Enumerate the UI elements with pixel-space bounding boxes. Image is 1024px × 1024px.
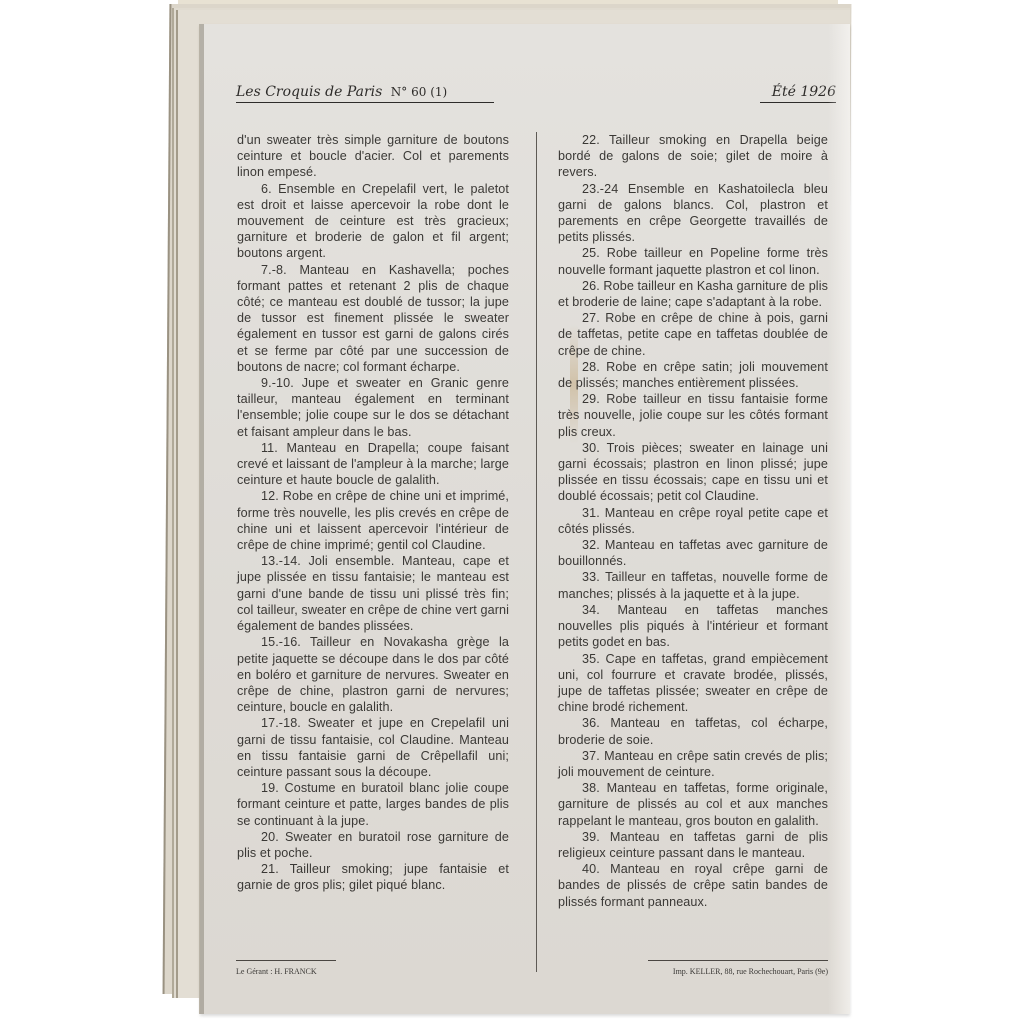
paragraph: 17.-18. Sweater et jupe en Crepelafil un…: [237, 715, 509, 780]
printer-credit: Imp. KELLER, 88, rue Rochechouart, Paris…: [648, 960, 828, 976]
paragraph: 13.-14. Joli ensemble. Manteau, cape et …: [237, 553, 509, 634]
publication-name: Les Croquis de Paris: [236, 84, 382, 100]
paragraph: 37. Manteau en crêpe satin crevés de pli…: [558, 748, 828, 780]
paragraph: 22. Tailleur smoking en Drapella beige b…: [558, 132, 828, 181]
magazine-page: Les Croquis de Paris N° 60 (1) Été 1926 …: [200, 24, 850, 1014]
paragraph: 32. Manteau en taffetas avec garniture d…: [558, 537, 828, 569]
paragraph: 36. Manteau en taffetas, col écharpe, br…: [558, 715, 828, 747]
paragraph: 28. Robe en crêpe satin; joli mouvement …: [558, 359, 828, 391]
publication-title: Les Croquis de Paris N° 60 (1): [236, 84, 494, 103]
paragraph: 38. Manteau en taffetas, forme originale…: [558, 780, 828, 829]
paragraph: 11. Manteau en Drapella; coupe faisant c…: [237, 440, 509, 489]
paragraph: d'un sweater très simple garniture de bo…: [237, 132, 509, 181]
right-text-column: 22. Tailleur smoking en Drapella beige b…: [558, 132, 828, 910]
issue-number: N° 60 (1): [391, 85, 447, 99]
paragraph: 35. Cape en taffetas, grand empiècement …: [558, 651, 828, 716]
running-header: Les Croquis de Paris N° 60 (1) Été 1926: [236, 84, 842, 108]
left-text-column: d'un sweater très simple garniture de bo…: [237, 132, 509, 894]
paragraph: 25. Robe tailleur en Popeline forme très…: [558, 245, 828, 277]
paragraph: 27. Robe en crêpe de chine à pois, garni…: [558, 310, 828, 359]
paragraph: 21. Tailleur smoking; jupe fantaisie et …: [237, 861, 509, 893]
paragraph: 6. Ensemble en Crepelafil vert, le palet…: [237, 181, 509, 262]
paragraph: 7.-8. Manteau en Kashavella; poches form…: [237, 262, 509, 375]
paragraph: 40. Manteau en royal crêpe garni de band…: [558, 861, 828, 910]
paragraph: 26. Robe tailleur en Kasha garniture de …: [558, 278, 828, 310]
manager-credit: Le Gérant : H. FRANCK: [236, 960, 336, 976]
paragraph: 23.-24 Ensemble en Kashatoilecla bleu ga…: [558, 181, 828, 246]
column-divider: [536, 132, 537, 972]
paragraph: 19. Costume en buratoil blanc jolie coup…: [237, 780, 509, 829]
paragraph: 34. Manteau en taffetas manches nouvelle…: [558, 602, 828, 651]
paragraph: 31. Manteau en crêpe royal petite cape e…: [558, 505, 828, 537]
paragraph: 30. Trois pièces; sweater en lainage uni…: [558, 440, 828, 505]
paragraph: 12. Robe en crêpe de chine uni et imprim…: [237, 488, 509, 553]
season-label: Été 1926: [760, 84, 836, 103]
paragraph: 20. Sweater en buratoil rose garniture d…: [237, 829, 509, 861]
paragraph: 15.-16. Tailleur en Novakasha grège la p…: [237, 634, 509, 715]
paragraph: 39. Manteau en taffetas garni de plis re…: [558, 829, 828, 861]
paragraph: 29. Robe tailleur en tissu fantaisie for…: [558, 391, 828, 440]
paragraph: 33. Tailleur en taffetas, nouvelle forme…: [558, 569, 828, 601]
paragraph: 9.-10. Jupe et sweater en Granic genre t…: [237, 375, 509, 440]
